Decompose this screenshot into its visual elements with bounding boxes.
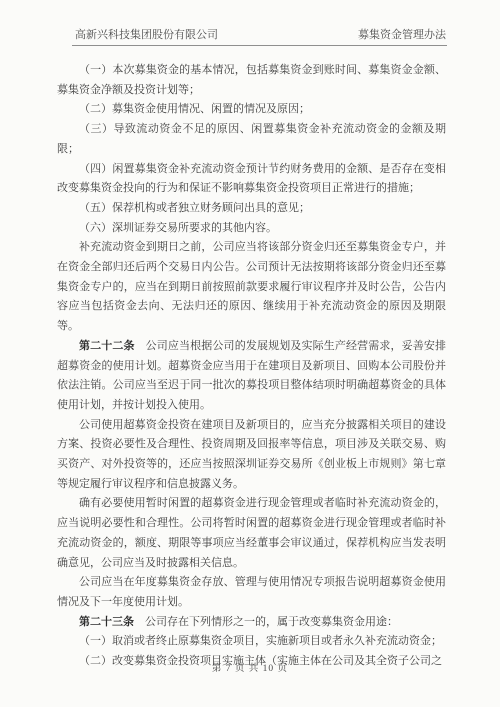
paragraph: （六）深圳证券交易所要求的其他内容。 [57,219,446,239]
paragraph-text: （二）募集资金使用情况、闲置的情况及原因； [79,103,310,115]
paragraph: 公司应当在年度募集资金存放、管理与使用情况专项报告说明超募资金使用情况及下一年度… [57,573,446,612]
paragraph-text: 公司使用超募资金投资在建项目及新项目的，应当充分披露相关项目的建设方案、投资必要… [57,419,446,490]
paragraph-text: （五）保荐机构或者独立财务顾问出具的意见； [79,202,310,214]
paragraph-text: （四）闲置募集资金补充流动资金预计节约财务费用的金额、是否存在变相改变募集资金投… [57,163,446,195]
article-number: 第二十三条 [79,616,134,628]
paragraph-text: （一）本次募集资金的基本情况，包括募集资金到账时间、募集资金金额、募集资金净额及… [57,64,446,96]
paragraph-text: （六）深圳证券交易所要求的其他内容。 [79,222,277,234]
article-number: 第二十二条 [79,340,135,352]
document-page: 高新兴科技集团股份有限公司 募集资金管理办法 （一）本次募集资金的基本情况，包括… [0,0,500,707]
paragraph-text: （一）取消或者终止原募集资金项目，实施新项目或者永久补充流动资金； [79,635,442,647]
paragraph: 补充流动资金到期日之前，公司应当将该部分资金归还至募集资金专户，并在资金全部归还… [57,238,446,337]
page-footer: 第 7 页 共 10 页 [0,660,500,674]
document-body: （一）本次募集资金的基本情况，包括募集资金到账时间、募集资金金额、募集资金净额及… [57,61,446,672]
paragraph: 第二十二条公司应当根据公司的发展规划及实际生产经营需求，妥善安排超募资金的使用计… [57,337,446,416]
paragraph: 公司使用超募资金投资在建项目及新项目的，应当充分披露相关项目的建设方案、投资必要… [57,416,446,495]
paragraph: （五）保荐机构或者独立财务顾问出具的意见； [57,199,446,219]
paragraph: （一）本次募集资金的基本情况，包括募集资金到账时间、募集资金金额、募集资金净额及… [57,61,446,100]
header-doc-title: 募集资金管理办法 [358,28,447,43]
paragraph: （三）导致流动资金不足的原因、闲置募集资金补充流动资金的金额及期限； [57,120,446,159]
paragraph: 确有必要使用暂时闲置的超募资金进行现金管理或者临时补充流动资金的，应当说明必要性… [57,494,446,573]
paragraph-text: （三）导致流动资金不足的原因、闲置募集资金补充流动资金的金额及期限； [57,123,446,155]
paragraph-text: 补充流动资金到期日之前，公司应当将该部分资金归还至募集资金专户，并在资金全部归还… [57,241,446,332]
paragraph: （四）闲置募集资金补充流动资金预计节约财务费用的金额、是否存在变相改变募集资金投… [57,160,446,199]
paragraph: 第二十三条公司存在下列情形之一的，属于改变募集资金用途： [57,613,446,633]
page-header: 高新兴科技集团股份有限公司 募集资金管理办法 [72,28,447,46]
paragraph-text: 确有必要使用暂时闲置的超募资金进行现金管理或者临时补充流动资金的，应当说明必要性… [57,497,446,568]
header-company-name: 高新兴科技集团股份有限公司 [72,28,218,43]
page-number-indicator: 第 7 页 共 10 页 [212,664,288,674]
paragraph: （二）募集资金使用情况、闲置的情况及原因； [57,100,446,120]
paragraph-text: 公司应当在年度募集资金存放、管理与使用情况专项报告说明超募资金使用情况及下一年度… [57,576,446,608]
paragraph: （一）取消或者终止原募集资金项目，实施新项目或者永久补充流动资金； [57,632,446,652]
paragraph-text: 公司存在下列情形之一的，属于改变募集资金用途： [145,616,398,628]
